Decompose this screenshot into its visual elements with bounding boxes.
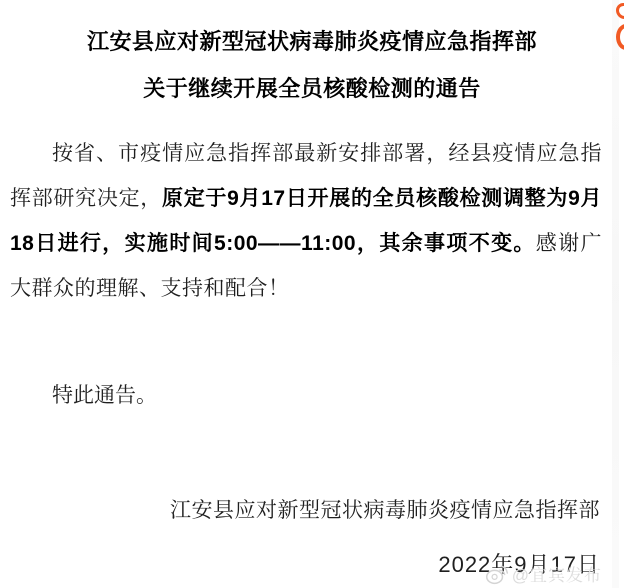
notice-closing: 特此通告。 <box>10 373 157 418</box>
watermark-label: @宜宾发布 <box>512 561 602 586</box>
notice-title-line2: 关于继续开展全员核酸检测的通告 <box>0 72 624 103</box>
notice-body-paragraph: 按省、市疫情应急指挥部最新安排部署，经县疫情应急指挥部研究决定，原定于9月17日… <box>10 131 602 311</box>
watermark: @宜宾发布 <box>485 561 602 586</box>
logo-blob-top <box>616 3 624 19</box>
notice-title-line1: 江安县应对新型冠状病毒肺炎疫情应急指挥部 <box>0 25 624 56</box>
notice-signature: 江安县应对新型冠状病毒肺炎疫情应急指挥部 <box>0 494 600 524</box>
notice-page: 江安县应对新型冠状病毒肺炎疫情应急指挥部 关于继续开展全员核酸检测的通告 按省、… <box>0 0 624 588</box>
weibo-icon <box>485 563 508 585</box>
